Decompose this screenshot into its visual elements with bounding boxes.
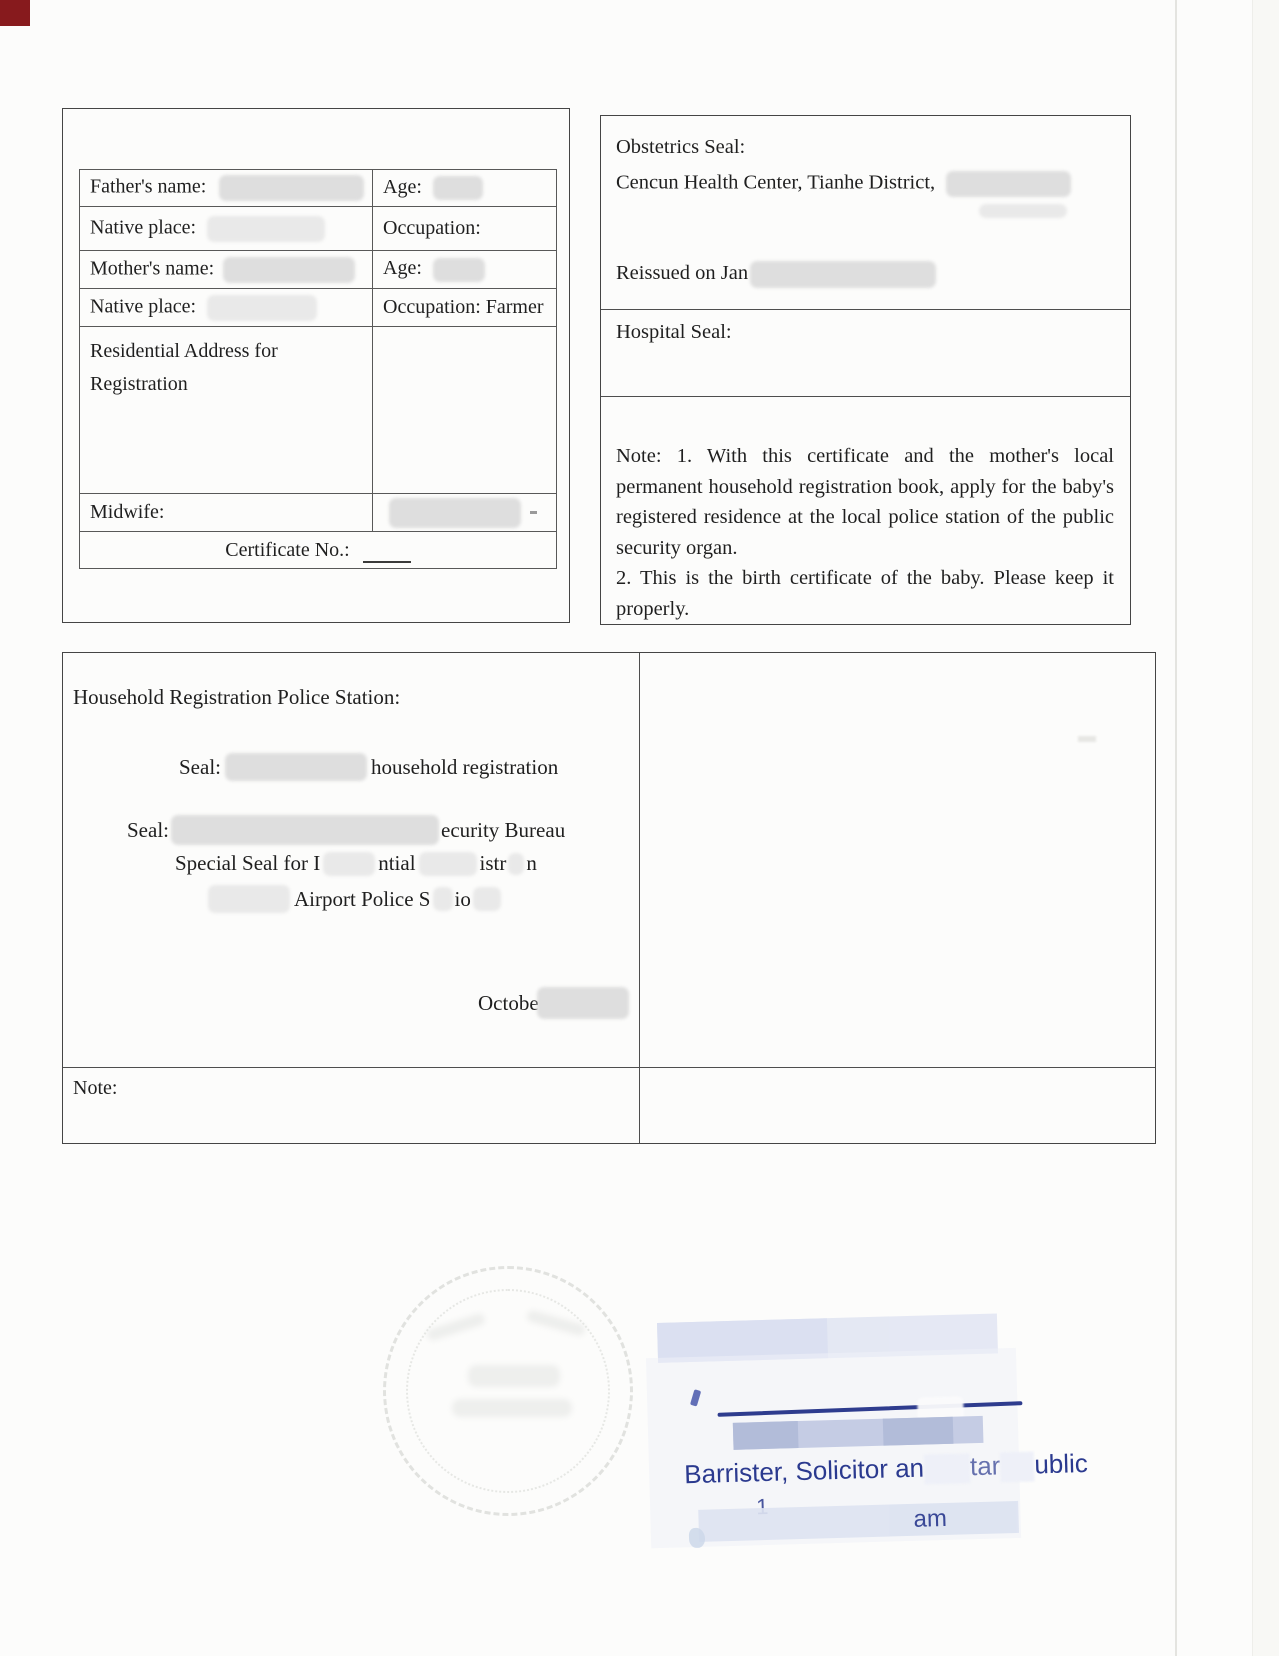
- redaction-reissue-date: [750, 261, 936, 288]
- special-seal-text-1: Special Seal for I: [175, 851, 320, 876]
- column-divider: [639, 653, 640, 1143]
- airport-text-1: Airport Police S: [294, 887, 431, 912]
- special-seal-line: Special Seal for I ntial istr n: [175, 851, 537, 876]
- hospital-seal-label: Hospital Seal:: [616, 321, 732, 344]
- redaction-airport-mid: [433, 887, 453, 911]
- embossed-round-seal: [383, 1266, 633, 1516]
- stamp-pale-mark: [689, 1528, 706, 1548]
- ink-speck: [530, 511, 537, 514]
- seal2-text: ecurity Bureau: [441, 818, 565, 843]
- residential-address-label-line2: Registration: [90, 373, 188, 395]
- seal2-label: Seal:: [127, 818, 169, 843]
- table-row: Mother's name: Age:: [80, 251, 557, 289]
- notary-stamp: Barrister, Solicitor antarublic 1 am: [645, 1303, 1027, 1553]
- redaction-barrister-1: [924, 1453, 971, 1484]
- redaction-clinic-city: [946, 171, 1071, 197]
- airport-text-2: io: [455, 887, 471, 912]
- redaction-barrister-2: [1000, 1452, 1035, 1483]
- redaction-date: [537, 987, 629, 1019]
- scanned-birth-certificate-translation: Father's name: Age: Native place: Occupa…: [0, 0, 1279, 1656]
- seal-line-1: Seal: household registration: [179, 753, 558, 781]
- table-row: Midwife:: [80, 494, 557, 532]
- clinic-name-text: Cencun Health Center, Tianhe District,: [616, 172, 935, 194]
- redaction-midwife: [389, 498, 521, 528]
- midwife-label: Midwife:: [90, 501, 164, 523]
- scan-corner-mark: [0, 0, 30, 26]
- seal-faint-text-smudge: [468, 1365, 560, 1387]
- certificate-no-blank-line: [363, 561, 411, 563]
- special-seal-text-4: n: [526, 851, 537, 876]
- stamp-am-fragment: am: [913, 1505, 947, 1534]
- seals-note-box: Obstetrics Seal: Cencun Health Center, T…: [600, 115, 1131, 625]
- redaction-airport-end: [473, 887, 501, 911]
- redaction-clinic-sub: [979, 204, 1067, 218]
- father-native-place-label: Native place:: [90, 216, 196, 238]
- section-divider: [601, 396, 1130, 397]
- father-occupation-label: Occupation:: [383, 217, 481, 239]
- seal1-text: household registration: [371, 755, 558, 780]
- embossed-round-seal-inner-ring: [406, 1289, 610, 1493]
- redaction-seal2: [171, 815, 439, 845]
- special-seal-text-3: istr: [480, 851, 507, 876]
- redaction-special-2: [419, 852, 477, 876]
- note-paragraph-2: 2. This is the birth certificate of the …: [616, 563, 1114, 624]
- redaction-mother-age: [433, 258, 485, 282]
- scan-smudge: [1078, 736, 1096, 742]
- barrister-text-1: Barrister, Solicitor an: [684, 1453, 925, 1490]
- father-age-label: Age:: [383, 176, 422, 198]
- scan-page-edge-shade: [1252, 0, 1279, 1656]
- barrister-text-3: ublic: [1034, 1448, 1088, 1479]
- redaction-airport-prefix: [208, 885, 290, 913]
- note-row-divider: [63, 1067, 1155, 1068]
- seal-line-2: Seal: ecurity Bureau: [127, 815, 565, 845]
- mother-age-label: Age:: [383, 257, 422, 279]
- section-divider: [601, 309, 1130, 310]
- redaction-special-3: [508, 853, 524, 875]
- table-row: Father's name: Age:: [80, 170, 557, 207]
- clinic-line: Cencun Health Center, Tianhe District,: [616, 171, 1071, 197]
- mother-name-label: Mother's name:: [90, 257, 214, 279]
- date-line: Octobe: [478, 987, 629, 1019]
- residential-address-label-line1: Residential Address for: [90, 340, 278, 362]
- table-row: Native place: Occupation: Farmer: [80, 289, 557, 327]
- october-text: Octobe: [478, 991, 539, 1016]
- redaction-mother-native-place: [207, 295, 317, 321]
- note-row-label: Note:: [73, 1077, 117, 1100]
- police-station-label: Household Registration Police Station:: [73, 685, 400, 710]
- table-row: Native place: Occupation:: [80, 207, 557, 251]
- table-row: Residential Address for Registration: [80, 327, 557, 494]
- mother-native-place-label: Native place:: [90, 295, 196, 317]
- barrister-text-2: tar: [970, 1450, 1001, 1481]
- redaction-mother-name: [223, 257, 355, 283]
- redaction-father-age: [433, 176, 483, 200]
- redaction-seal1: [225, 753, 367, 781]
- redaction-block: [733, 1421, 799, 1450]
- certificate-no-label: Certificate No.:: [225, 539, 349, 561]
- airport-line: Airport Police S io: [208, 885, 501, 913]
- redaction-father-name: [219, 175, 364, 201]
- special-seal-text-2: ntial: [378, 851, 415, 876]
- seal1-label: Seal:: [179, 755, 221, 780]
- redaction-special-1: [323, 852, 375, 876]
- parents-info-table: Father's name: Age: Native place: Occupa…: [79, 169, 557, 569]
- note-paragraph-1: Note: 1. With this certificate and the m…: [616, 441, 1114, 563]
- table-row: Certificate No.:: [80, 532, 557, 569]
- obstetrics-seal-label: Obstetrics Seal:: [616, 136, 745, 159]
- mother-occupation-label: Occupation: Farmer: [383, 296, 544, 318]
- redaction-father-native-place: [207, 216, 325, 242]
- household-registration-box: Household Registration Police Station: S…: [62, 652, 1156, 1144]
- reissued-line: Reissued on Jan: [616, 261, 936, 288]
- seal-faint-text-smudge: [452, 1399, 572, 1417]
- father-name-label: Father's name:: [90, 176, 206, 198]
- residential-address-value-cell: [373, 327, 557, 494]
- scan-page-edge-line: [1175, 0, 1177, 1656]
- certificate-info-box: Father's name: Age: Native place: Occupa…: [62, 108, 570, 623]
- note-paragraphs: Note: 1. With this certificate and the m…: [616, 441, 1114, 624]
- reissued-text: Reissued on Jan: [616, 262, 748, 284]
- redaction-block: [883, 1417, 954, 1446]
